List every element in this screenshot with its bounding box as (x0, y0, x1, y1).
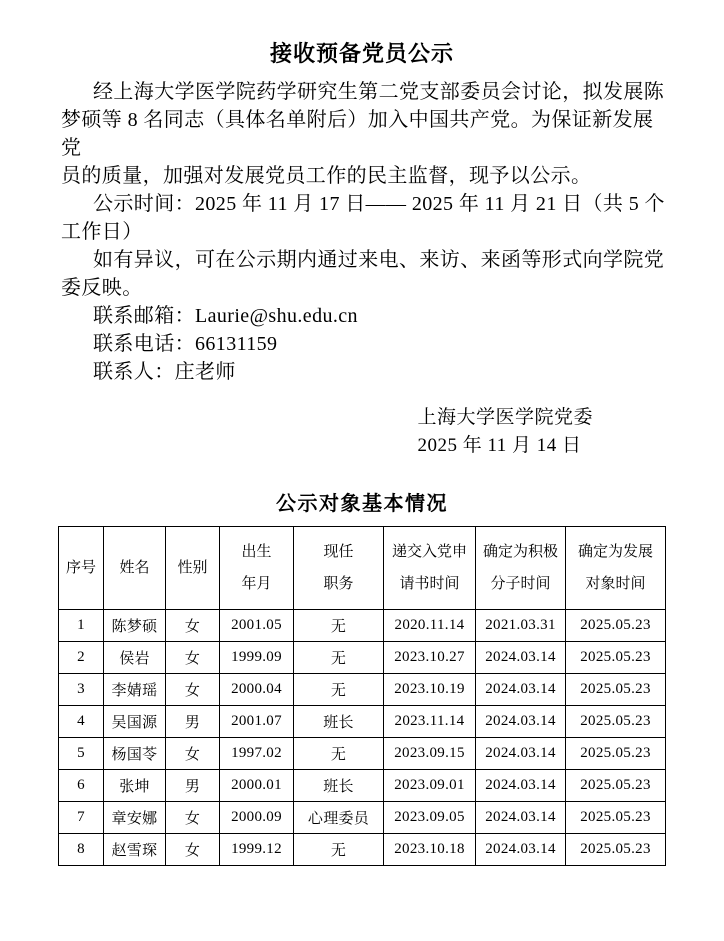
document-page: 接收预备党员公示 经上海大学医学院药学研究生第二党支部委员会讨论，拟发展陈 梦硕… (0, 0, 724, 941)
table-row: 3李婧瑶女2000.04无2023.10.192024.03.142025.05… (59, 674, 666, 706)
table-cell: 2001.05 (220, 610, 294, 642)
table-cell: 吴国源 (104, 706, 166, 738)
table-cell: 赵雪琛 (104, 834, 166, 866)
table-cell: 女 (166, 834, 220, 866)
table-cell: 李婧瑶 (104, 674, 166, 706)
table-cell: 4 (59, 706, 104, 738)
table-cell: 张坤 (104, 770, 166, 802)
table-cell: 无 (294, 610, 384, 642)
table-cell: 2023.10.19 (384, 674, 476, 706)
roster-table-header: 序号姓名性别出生年月现任职务递交入党申请书时间确定为积极分子时间确定为发展对象时… (59, 527, 666, 610)
table-cell: 2024.03.14 (476, 770, 566, 802)
table-cell: 无 (294, 674, 384, 706)
header-row: 序号姓名性别出生年月现任职务递交入党申请书时间确定为积极分子时间确定为发展对象时… (59, 527, 666, 610)
table-cell: 2024.03.14 (476, 802, 566, 834)
table-row: 1陈梦硕女2001.05无2020.11.142021.03.312025.05… (59, 610, 666, 642)
table-cell: 2023.10.18 (384, 834, 476, 866)
table-cell: 2023.11.14 (384, 706, 476, 738)
table-cell: 8 (59, 834, 104, 866)
table-cell: 心理委员 (294, 802, 384, 834)
table-cell: 2024.03.14 (476, 834, 566, 866)
table-cell: 女 (166, 642, 220, 674)
table-cell: 2024.03.14 (476, 706, 566, 738)
table-cell: 章安娜 (104, 802, 166, 834)
table-cell: 男 (166, 706, 220, 738)
table-cell: 2024.03.14 (476, 674, 566, 706)
table-cell: 1997.02 (220, 738, 294, 770)
table-row: 8赵雪琛女1999.12无2023.10.182024.03.142025.05… (59, 834, 666, 866)
table-cell: 2024.03.14 (476, 642, 566, 674)
table-cell: 2001.07 (220, 706, 294, 738)
table-cell: 2025.05.23 (566, 610, 666, 642)
table-cell: 2025.05.23 (566, 706, 666, 738)
table-row: 4吴国源男2001.07班长2023.11.142024.03.142025.0… (59, 706, 666, 738)
roster-table-body: 1陈梦硕女2001.05无2020.11.142021.03.312025.05… (59, 610, 666, 866)
table-cell: 7 (59, 802, 104, 834)
column-header-6: 递交入党申请书时间 (384, 527, 476, 610)
table-cell: 2025.05.23 (566, 738, 666, 770)
table-cell: 女 (166, 674, 220, 706)
table-cell: 2023.10.27 (384, 642, 476, 674)
table-cell: 班长 (294, 770, 384, 802)
table-cell: 2023.09.01 (384, 770, 476, 802)
table-cell: 2025.05.23 (566, 802, 666, 834)
column-header-1: 序号 (59, 527, 104, 610)
column-header-7: 确定为积极分子时间 (476, 527, 566, 610)
table-cell: 陈梦硕 (104, 610, 166, 642)
column-header-8: 确定为发展对象时间 (566, 527, 666, 610)
table-cell: 侯岩 (104, 642, 166, 674)
table-row: 7章安娜女2000.09心理委员2023.09.052024.03.142025… (59, 802, 666, 834)
body-paragraph-3: 如有异议，可在公示期内通过来电、来访、来函等形式向学院党 委反映。 (61, 246, 673, 302)
table-cell: 2023.09.05 (384, 802, 476, 834)
table-cell: 2000.01 (220, 770, 294, 802)
table-cell: 2000.04 (220, 674, 294, 706)
document-title: 接收预备党员公示 (0, 40, 724, 68)
roster-table: 序号姓名性别出生年月现任职务递交入党申请书时间确定为积极分子时间确定为发展对象时… (58, 526, 666, 866)
table-cell: 杨国苓 (104, 738, 166, 770)
column-header-3: 性别 (166, 527, 220, 610)
table-cell: 2025.05.23 (566, 834, 666, 866)
table-cell: 2025.05.23 (566, 674, 666, 706)
table-cell: 班长 (294, 706, 384, 738)
table-row: 6张坤男2000.01班长2023.09.012024.03.142025.05… (59, 770, 666, 802)
table-cell: 2021.03.31 (476, 610, 566, 642)
table-row: 2侯岩女1999.09无2023.10.272024.03.142025.05.… (59, 642, 666, 674)
table-cell: 女 (166, 610, 220, 642)
table-cell: 2025.05.23 (566, 642, 666, 674)
body-paragraph-5: 联系电话：66131159 (61, 330, 673, 358)
table-title: 公示对象基本情况 (0, 489, 724, 519)
signature-org: 上海大学医学院党委 (417, 404, 593, 432)
document-body: 经上海大学医学院药学研究生第二党支部委员会讨论，拟发展陈 梦硕等 8 名同志（具… (61, 78, 673, 386)
table-cell: 2020.11.14 (384, 610, 476, 642)
table-cell: 5 (59, 738, 104, 770)
table-cell: 2023.09.15 (384, 738, 476, 770)
table-cell: 无 (294, 834, 384, 866)
table-cell: 女 (166, 738, 220, 770)
table-cell: 6 (59, 770, 104, 802)
column-header-2: 姓名 (104, 527, 166, 610)
table-cell: 无 (294, 642, 384, 674)
column-header-4: 出生年月 (220, 527, 294, 610)
body-paragraph-1: 经上海大学医学院药学研究生第二党支部委员会讨论，拟发展陈 梦硕等 8 名同志（具… (61, 78, 673, 190)
signature-block: 上海大学医学院党委 2025 年 11 月 14 日 (0, 404, 724, 460)
table-cell: 2000.09 (220, 802, 294, 834)
table-cell: 无 (294, 738, 384, 770)
table-cell: 2 (59, 642, 104, 674)
body-paragraph-4: 联系邮箱：Laurie@shu.edu.cn (61, 302, 673, 330)
table-cell: 3 (59, 674, 104, 706)
table-cell: 2024.03.14 (476, 738, 566, 770)
table-cell: 1999.12 (220, 834, 294, 866)
body-paragraph-6: 联系人：庄老师 (61, 358, 673, 386)
table-cell: 2025.05.23 (566, 770, 666, 802)
table-cell: 1999.09 (220, 642, 294, 674)
table-cell: 男 (166, 770, 220, 802)
table-row: 5杨国苓女1997.02无2023.09.152024.03.142025.05… (59, 738, 666, 770)
signature-inner: 上海大学医学院党委 2025 年 11 月 14 日 (417, 404, 593, 460)
table-cell: 女 (166, 802, 220, 834)
column-header-5: 现任职务 (294, 527, 384, 610)
body-paragraph-2: 公示时间：2025 年 11 月 17 日—— 2025 年 11 月 21 日… (61, 190, 673, 246)
signature-date: 2025 年 11 月 14 日 (417, 432, 593, 460)
table-cell: 1 (59, 610, 104, 642)
